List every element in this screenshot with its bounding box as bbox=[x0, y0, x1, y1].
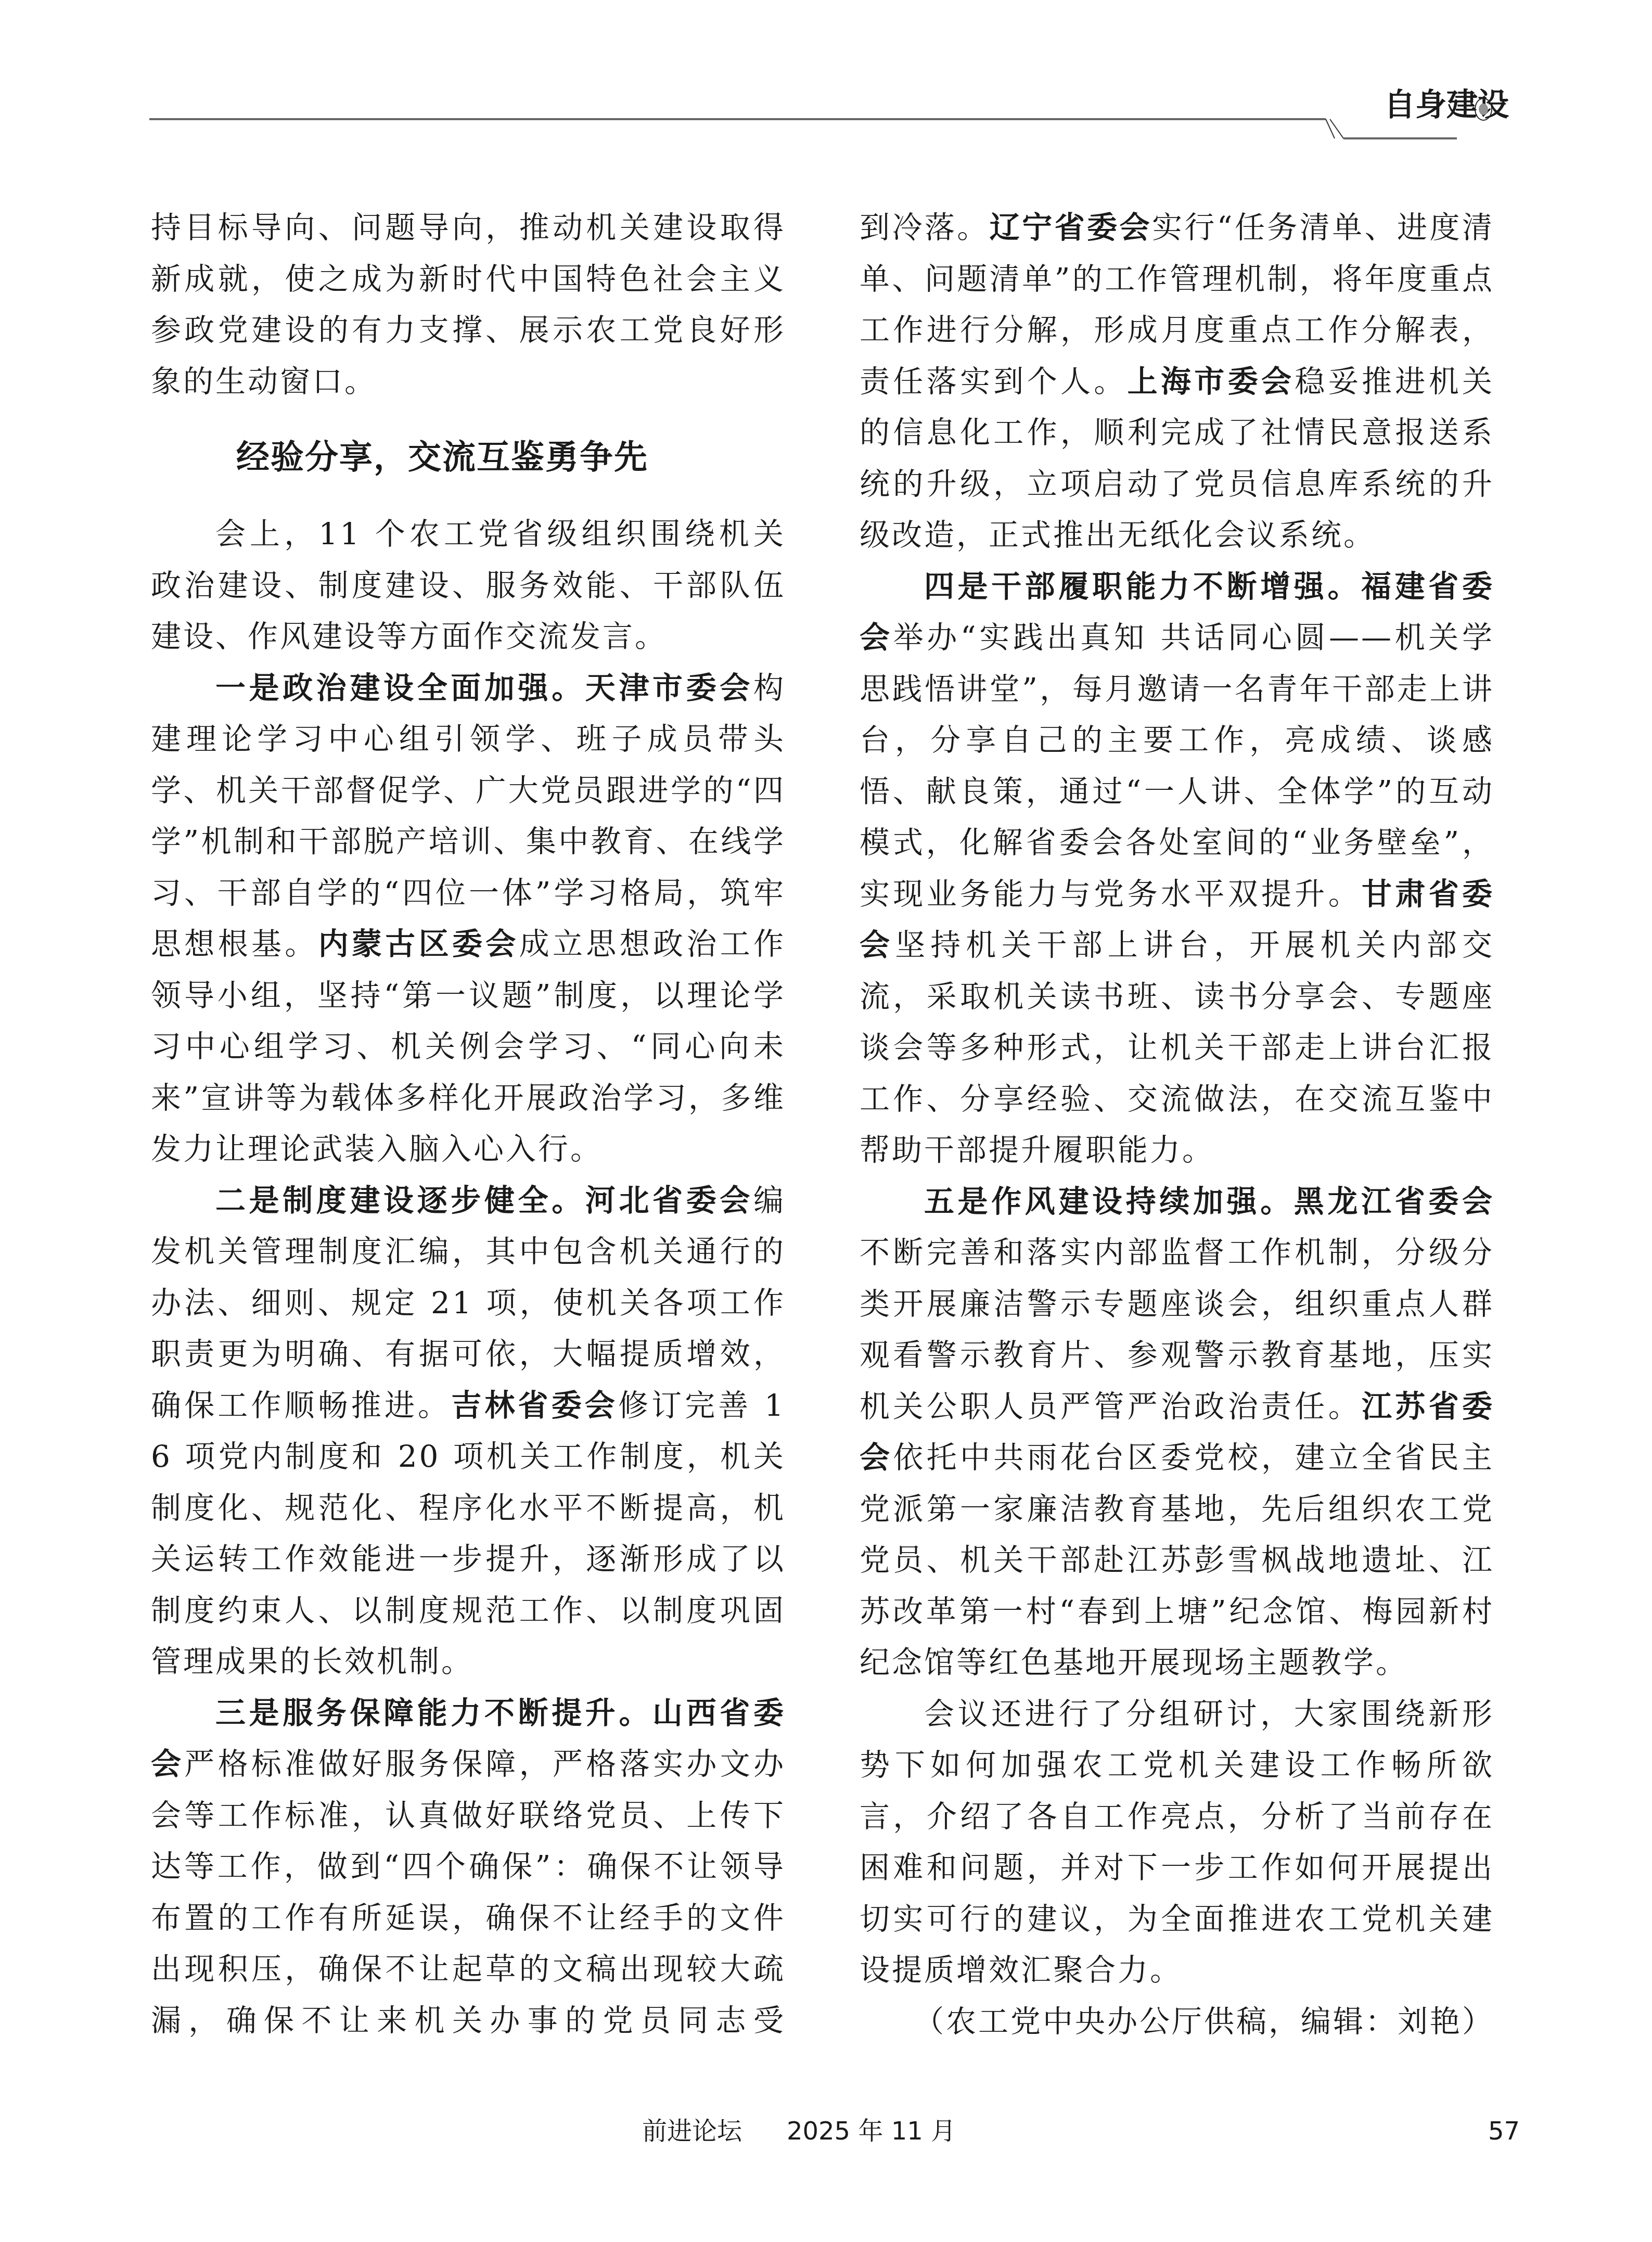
point-text: 修订完善 16 项党内制度和 20 项机关工作制度，机关制度化、规范化、程序化水… bbox=[151, 1388, 786, 1680]
page-footer: 前进论坛 2025 年 11 月 57 bbox=[0, 2116, 1652, 2147]
section-subheading: 经验分享，交流互鉴勇争先 bbox=[151, 407, 786, 508]
point-text: 构建理论学习中心组引领学、班子成员带头学、机关干部督促学、广大党员跟进学的“四学… bbox=[151, 670, 786, 962]
point-5-lead: 五是作风建设持续加强。 bbox=[924, 1184, 1294, 1219]
org-name: 上海市委会 bbox=[1128, 364, 1295, 399]
point-text: 编发机关管理制度汇编，其中包含机关通行的办法、细则、规定 21 项，使机关各项工… bbox=[151, 1183, 786, 1423]
left-column: 持目标导向、问题导向，推动机关建设取得新成就，使之成为新时代中国特色社会主义参政… bbox=[151, 202, 786, 2046]
point-3-paragraph: 三是服务保障能力不断提升。山西省委会严格标准做好服务保障，严格落实办文办会等工作… bbox=[151, 1687, 786, 2046]
point-3-continued-paragraph: 到冷落。辽宁省委会实行“任务清单、进度清单、问题清单”的工作管理机制，将年度重点… bbox=[860, 202, 1494, 561]
issue-date: 2025 年 11 月 bbox=[787, 2116, 956, 2147]
bullseye-circle-icon bbox=[1475, 98, 1492, 121]
point-1-paragraph: 一是政治建设全面加强。天津市委会构建理论学习中心组引领学、班子成员带头学、机关干… bbox=[151, 662, 786, 1175]
org-name: 吉林省委会 bbox=[451, 1388, 618, 1423]
point-text: 严格标准做好服务保障，严格落实办文办会等工作标准，认真做好联络党员、上传下达等工… bbox=[151, 1746, 786, 2038]
point-1-lead: 一是政治建设全面加强。 bbox=[215, 670, 585, 706]
point-3-lead: 三是服务保障能力不断提升。 bbox=[215, 1695, 652, 1731]
point-text: 坚持机关干部上讲台，开展机关内部交流，采取机关读书班、读书分享会、专题座谈会等多… bbox=[860, 927, 1494, 1168]
point-2-paragraph: 二是制度建设逐步健全。河北省委会编发机关管理制度汇编，其中包含机关通行的办法、细… bbox=[151, 1175, 786, 1687]
org-name: 内蒙古区委会 bbox=[318, 926, 519, 962]
publication-name: 前进论坛 bbox=[642, 2116, 742, 2147]
opening-paragraph: 会上，11 个农工党省级组织围绕机关政治建设、制度建设、服务效能、干部队伍建设、… bbox=[151, 508, 786, 662]
point-4-lead: 四是干部履职能力不断增强。 bbox=[924, 569, 1361, 604]
page-number: 57 bbox=[1488, 2116, 1520, 2147]
point-text: 到冷落。 bbox=[860, 210, 990, 245]
point-5-paragraph: 五是作风建设持续加强。黑龙江省委会不断完善和落实内部监督工作机制，分级分类开展廉… bbox=[860, 1176, 1494, 1688]
editor-credit: （农工党中央办公厅供稿，编辑：刘艳） bbox=[860, 1996, 1494, 2047]
point-text: 举办“实践出真知 共话同心圆——机关学思践悟讲堂”，每月邀请一名青年干部走上讲台… bbox=[860, 620, 1494, 912]
org-name: 天津市委会 bbox=[585, 670, 753, 706]
point-text: 依托中共雨花台区委党校，建立全省民主党派第一家廉洁教育基地，先后组织农工党党员、… bbox=[860, 1440, 1494, 1680]
closing-paragraph: 会议还进行了分组研讨，大家围绕新形势下如何加强农工党机关建设工作畅所欲言，介绍了… bbox=[860, 1688, 1494, 1996]
org-name: 黑龙江省委会 bbox=[1294, 1184, 1494, 1219]
point-text: 成立思想政治工作领导小组，坚持“第一议题”制度，以理论学习中心组学习、机关例会学… bbox=[151, 926, 786, 1167]
point-4-paragraph: 四是干部履职能力不断增强。福建省委会举办“实践出真知 共话同心圆——机关学思践悟… bbox=[860, 561, 1494, 1176]
org-name: 河北省委会 bbox=[585, 1183, 753, 1218]
right-column: 到冷落。辽宁省委会实行“任务清单、进度清单、问题清单”的工作管理机制，将年度重点… bbox=[860, 202, 1494, 2047]
header-rule-graphic bbox=[0, 0, 1652, 166]
page-header: 自身建设 bbox=[0, 0, 1652, 166]
org-name: 辽宁省委会 bbox=[990, 210, 1152, 245]
intro-paragraph: 持目标导向、问题导向，推动机关建设取得新成就，使之成为新时代中国特色社会主义参政… bbox=[151, 202, 786, 407]
point-2-lead: 二是制度建设逐步健全。 bbox=[215, 1183, 585, 1218]
